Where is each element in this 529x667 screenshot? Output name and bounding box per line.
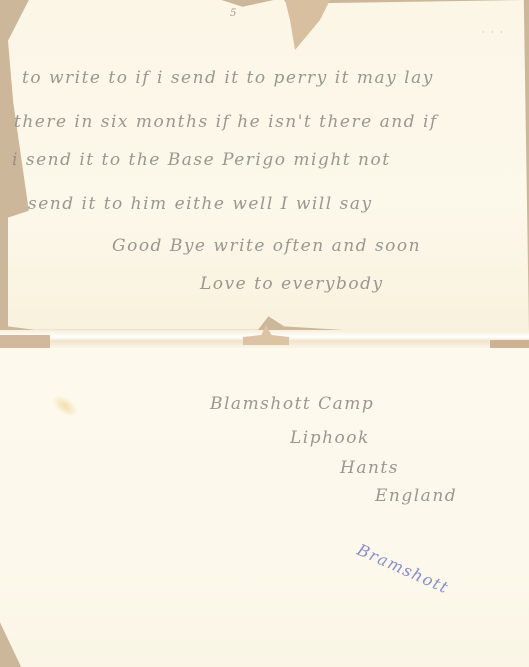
fold-gap [0, 335, 50, 349]
letter-line-1: to write to if i send it to perry it may… [22, 68, 434, 88]
letter-line-2: there in six months if he isn't there an… [14, 112, 438, 132]
letter-line-5: Good Bye write often and soon [112, 236, 421, 256]
page-mark: 5 [230, 8, 236, 19]
letter-line-6: Love to everybody [200, 274, 384, 294]
corner-marks: · · · [482, 28, 505, 37]
letter-line-3: i send it to the Base Perigo might not [12, 150, 391, 170]
fold-gap [490, 340, 529, 348]
letter-scan: 5 · · · to write to if i send it to perr… [0, 0, 529, 667]
address-line-2: Liphook [290, 428, 370, 448]
address-line-4: England [375, 486, 457, 506]
letter-line-4: send it to him eithe well I will say [28, 194, 373, 214]
address-line-1: Blamshott Camp [210, 394, 374, 414]
address-line-3: Hants [340, 458, 399, 478]
